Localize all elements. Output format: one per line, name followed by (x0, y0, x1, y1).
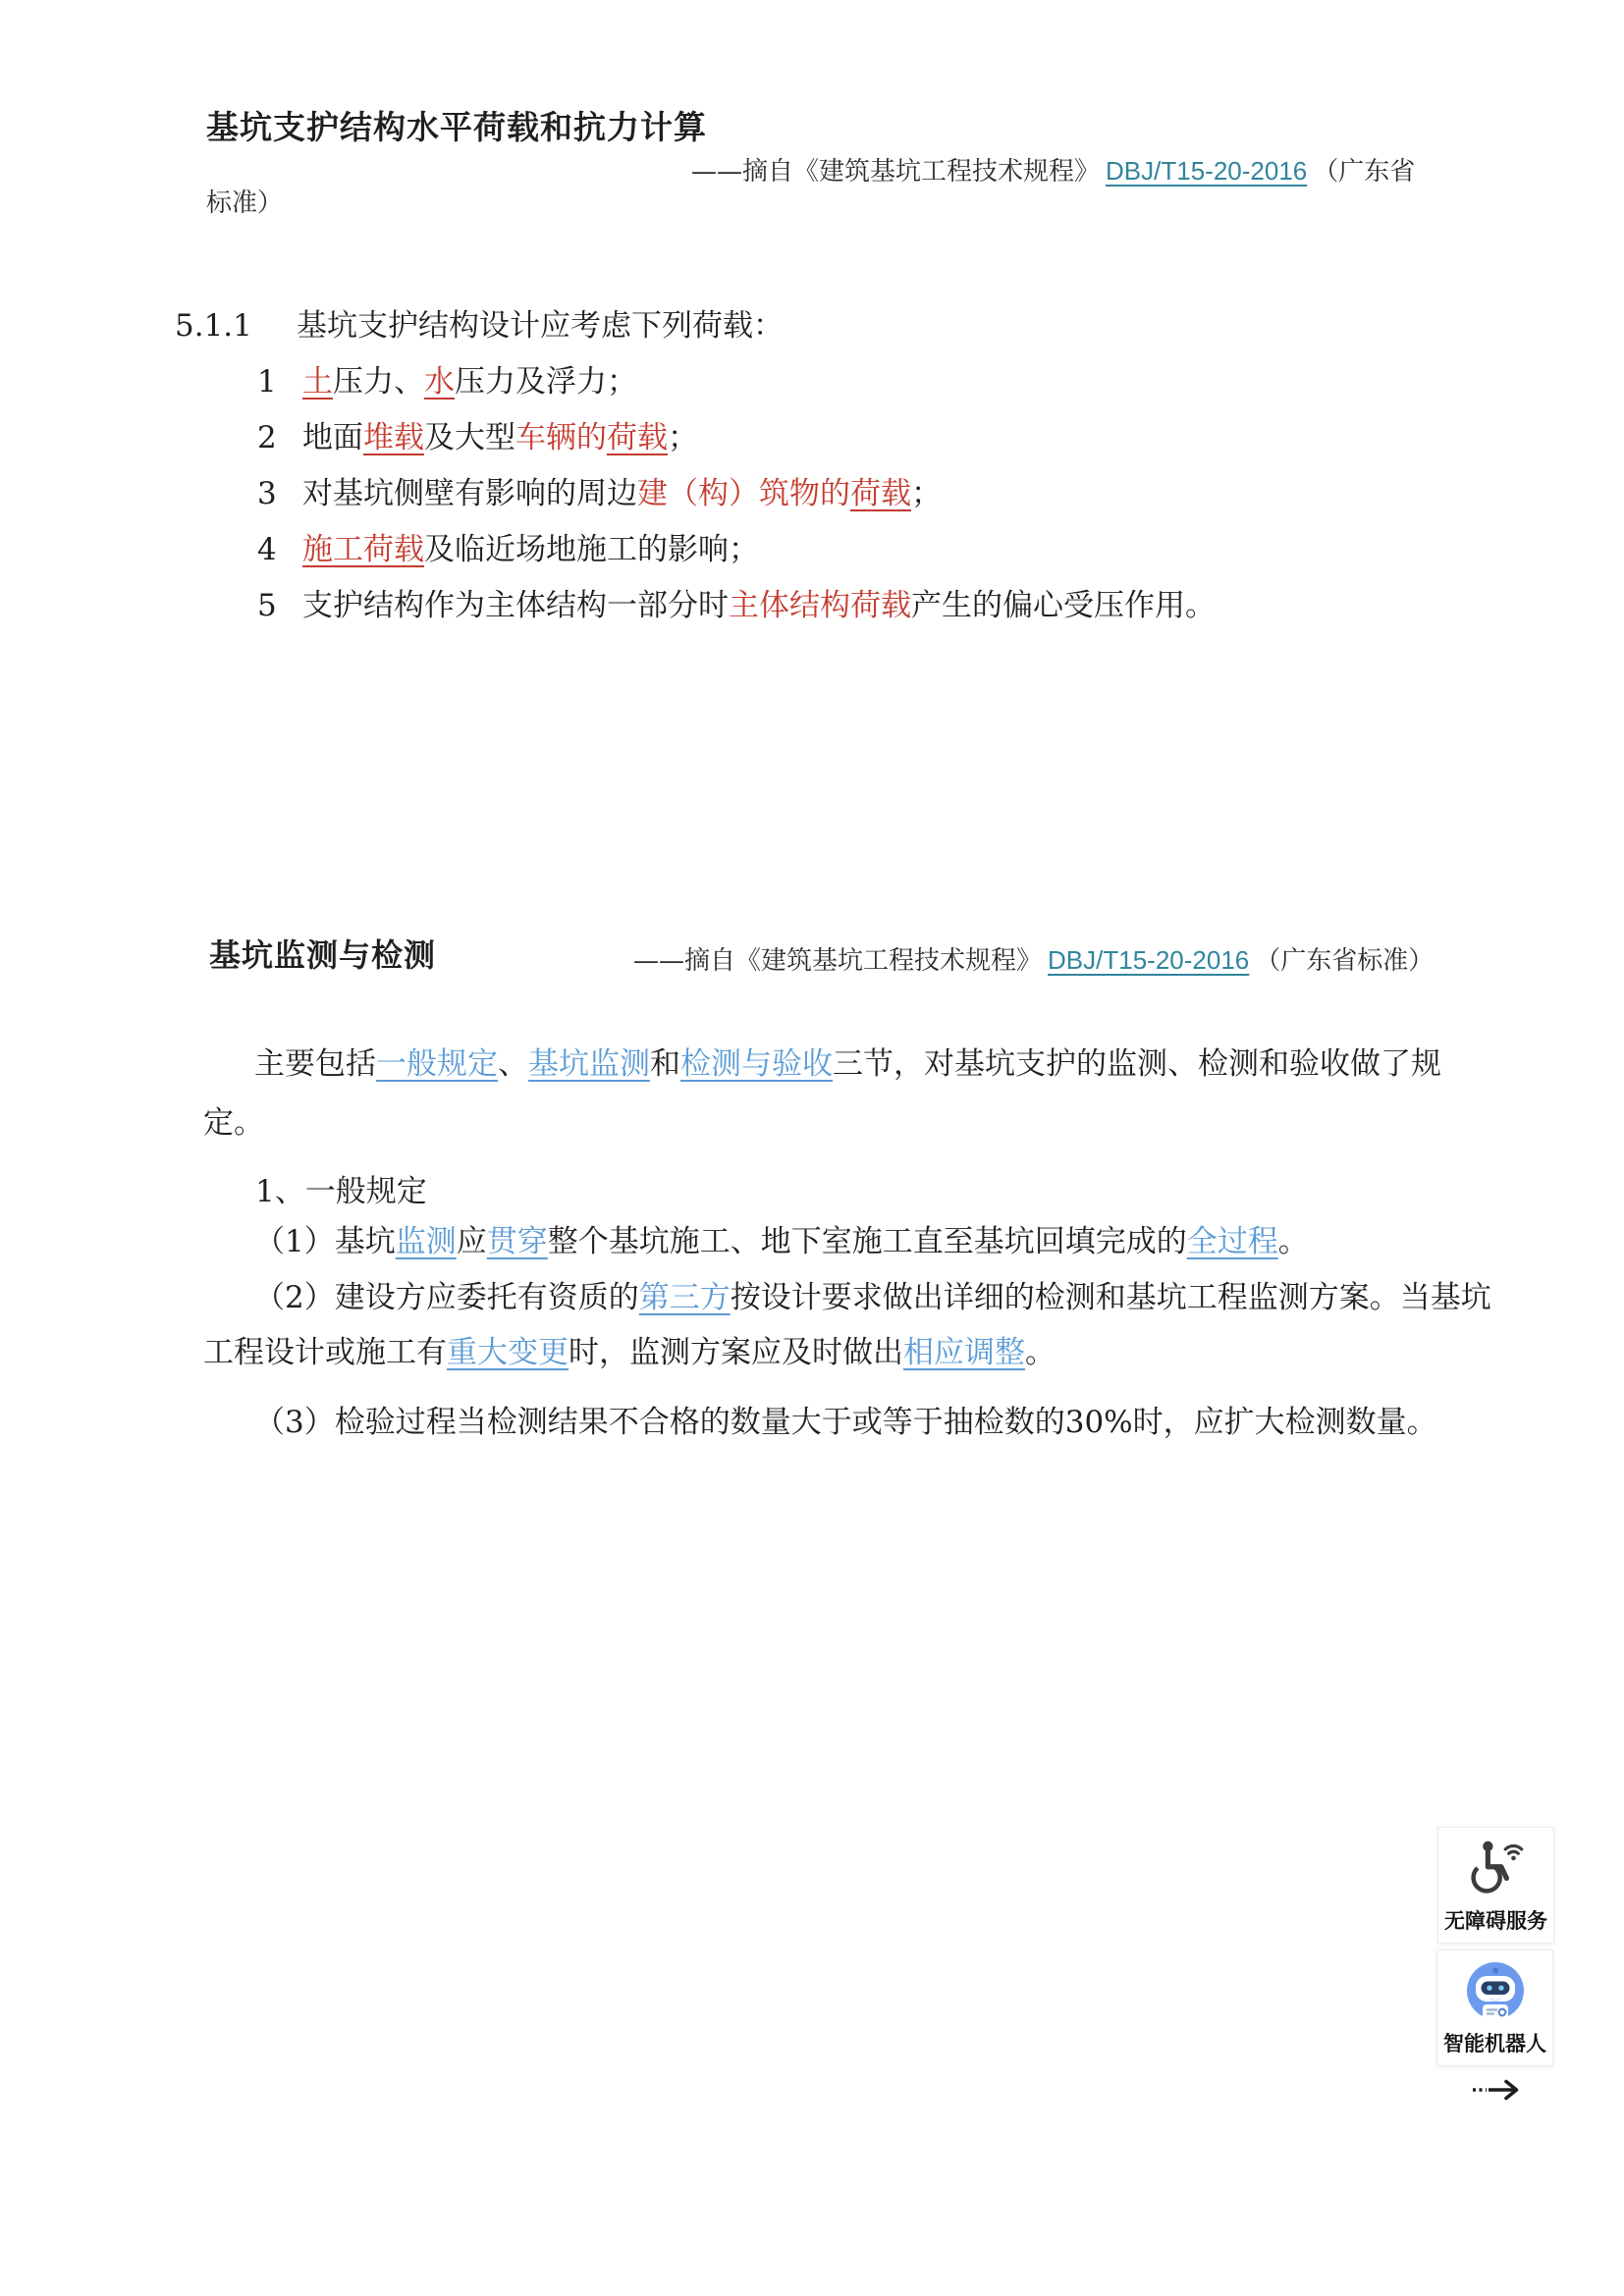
item-text: 土压力、水压力及浮力； (302, 364, 637, 400)
point-paragraph-3: （3）检验过程当检测结果不合格的数量大于或等于抽检数的30%时，应扩大检测数量。 (203, 1394, 1597, 1451)
clause-heading-row: 5.1.1基坑支护结构设计应考虑下列荷载： (175, 300, 784, 345)
text-segment: ； (911, 476, 942, 511)
text-segment: ； (668, 420, 698, 455)
text-segment: 建（构）筑物的 (637, 476, 850, 511)
inline-link[interactable]: 全过程 (1187, 1224, 1278, 1259)
item-text: 施工荷载及临近场地施工的影响； (302, 532, 759, 567)
robot-label: 智能机器人 (1443, 2028, 1546, 2057)
text-segment: 荷载 (607, 420, 668, 455)
text-segment: 支护结构作为主体结构一部分时 (302, 588, 729, 623)
text-segment: 。 (1025, 1335, 1056, 1370)
text-segment: （3）检验过程当检测结果不合格的数量大于或等于抽检数的30%时，应扩大检测数量。 (254, 1405, 1437, 1440)
clause-number: 5.1.1 (175, 308, 297, 344)
smart-robot-button[interactable]: 智能机器人 (1436, 1949, 1553, 2066)
text-segment: 堆载 (363, 420, 424, 455)
subheading-general-rules: 1、一般规定 (255, 1166, 427, 1210)
text-segment: 荷载 (850, 476, 911, 511)
inline-link[interactable]: 贯穿 (487, 1224, 548, 1259)
text-segment: 、 (498, 1046, 528, 1082)
text-segment: 车辆的 (515, 420, 607, 455)
accessibility-service-button[interactable]: 无障碍服务 (1437, 1827, 1554, 1944)
doc-title-load-calculation: 基坑支护结构水平荷载和抗力计算 (206, 102, 707, 148)
standard-link[interactable]: DBJ/T15-20-2016 (1106, 156, 1307, 186)
inline-link[interactable]: 检测与验收 (680, 1046, 833, 1082)
wheelchair-wifi-icon (1438, 1838, 1553, 1898)
text-segment: 时，监测方案应及时做出 (568, 1335, 903, 1370)
text-segment: 水 (424, 364, 455, 400)
accessibility-label: 无障碍服务 (1444, 1905, 1547, 1935)
text-segment: 。 (1278, 1224, 1309, 1259)
dashed-right-arrow-icon (1471, 2078, 1522, 2106)
item-text: 地面堆载及大型车辆的荷载； (302, 420, 698, 455)
robot-icon (1437, 1960, 1552, 2025)
inline-link[interactable]: 重大变更 (447, 1335, 568, 1370)
text-segment: 压力、 (333, 364, 424, 400)
text-segment: 主要包括 (254, 1046, 376, 1082)
text-segment: 和 (650, 1046, 680, 1082)
text-segment: 整个基坑施工、地下室施工直至基坑回填完成的 (548, 1224, 1187, 1259)
doc-title-monitoring: 基坑监测与检测 (209, 931, 436, 976)
inline-link[interactable]: 监测 (396, 1224, 457, 1259)
inline-link[interactable]: 一般规定 (376, 1046, 498, 1082)
load-item-2: 2地面堆载及大型车辆的荷载； (257, 412, 698, 456)
text-segment: 及临近场地施工的影响； (424, 532, 759, 567)
citation-2: ——摘自《建筑基坑工程技术规程》DBJ/T15-20-2016（广东省标准） (633, 940, 1434, 977)
inline-link[interactable]: 相应调整 (903, 1335, 1025, 1370)
text-segment: 压力及浮力； (455, 364, 637, 400)
text-segment: 产生的偏心受压作用。 (911, 588, 1216, 623)
load-item-5: 5支护结构作为主体结构一部分时主体结构荷载产生的偏心受压作用。 (257, 580, 1216, 624)
text-segment: 施工荷载 (302, 532, 424, 567)
text-segment: 地面 (302, 420, 363, 455)
citation-suffix: （广东省标准） (1255, 946, 1434, 976)
inline-link[interactable]: 第三方 (639, 1280, 731, 1315)
point-paragraph-2: （2）建设方应委托有资质的第三方按设计要求做出详细的检测和基坑工程监测方案。当基… (203, 1270, 1509, 1380)
point-paragraph-1: （1）基坑监测应贯穿整个基坑施工、地下室施工直至基坑回填完成的全过程。 (203, 1213, 1509, 1270)
citation-prefix: ——摘自《建筑基坑工程技术规程》 (633, 946, 1042, 976)
item-number: 4 (257, 532, 302, 567)
clause-heading: 基坑支护结构设计应考虑下列荷载： (297, 308, 784, 344)
item-number: 1 (257, 364, 302, 400)
inline-link[interactable]: 基坑监测 (528, 1046, 650, 1082)
text-segment: 及大型 (424, 420, 515, 455)
item-text: 对基坑侧壁有影响的周边建（构）筑物的荷载； (302, 476, 942, 511)
item-number: 2 (257, 420, 302, 455)
text-segment: （2）建设方应委托有资质的 (254, 1280, 639, 1315)
text-segment: 主体结构荷载 (729, 588, 911, 623)
citation-prefix: ——摘自《建筑基坑工程技术规程》 (691, 157, 1100, 187)
text-segment: 土 (302, 364, 333, 400)
load-item-4: 4施工荷载及临近场地施工的影响； (257, 524, 759, 568)
intro-paragraph: 主要包括一般规定、基坑监测和检测与验收三节，对基坑支护的监测、检测和验收做了规定… (203, 1035, 1494, 1152)
text-segment: 对基坑侧壁有影响的周边 (302, 476, 637, 511)
document-page: 基坑支护结构水平荷载和抗力计算 ——摘自《建筑基坑工程技术规程》DBJ/T15-… (0, 0, 1624, 2296)
citation-1: ——摘自《建筑基坑工程技术规程》DBJ/T15-20-2016（广东省标准） (206, 155, 1424, 219)
text-segment: 应 (457, 1224, 487, 1259)
item-number: 3 (257, 476, 302, 511)
load-item-1: 1土压力、水压力及浮力； (257, 356, 637, 400)
collapse-widgets-button[interactable] (1469, 2079, 1524, 2105)
item-text: 支护结构作为主体结构一部分时主体结构荷载产生的偏心受压作用。 (302, 588, 1216, 623)
standard-link[interactable]: DBJ/T15-20-2016 (1048, 945, 1249, 975)
item-number: 5 (257, 588, 302, 623)
text-segment: （1）基坑 (254, 1224, 396, 1259)
load-item-3: 3对基坑侧壁有影响的周边建（构）筑物的荷载； (257, 468, 942, 512)
